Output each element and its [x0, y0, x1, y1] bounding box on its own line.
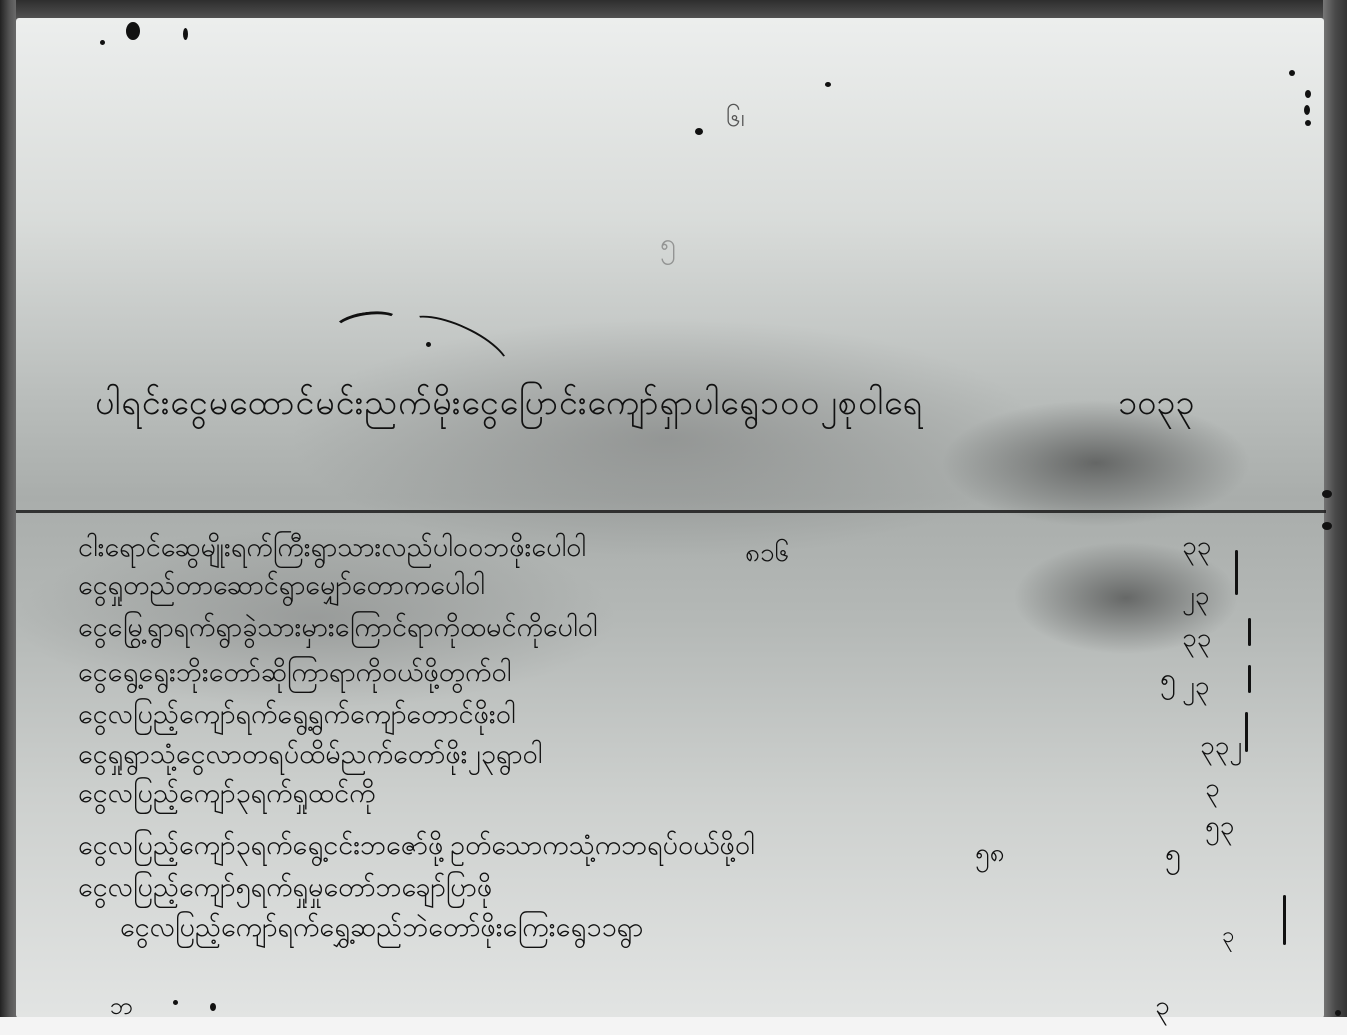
right-margin-value: ၃	[1222, 920, 1234, 953]
ink-speck	[695, 128, 703, 135]
right-margin-value: ၃၃	[1182, 528, 1211, 567]
ink-speck	[126, 22, 140, 40]
margin-mark: ၅	[1160, 660, 1176, 702]
manuscript-sheet	[16, 18, 1324, 1018]
entry-mid-value: ၅၈	[975, 835, 1004, 874]
right-margin-value: ၂၃	[1182, 578, 1209, 617]
entry-line: ငွေရွေ့ရွေးဘိုးတော်ဆိုကြာရာကိုဝယ်ဖို့တွက…	[78, 655, 511, 695]
ink-speck	[1305, 90, 1311, 98]
tick-mark	[1283, 895, 1286, 945]
tick-mark	[1248, 665, 1251, 693]
bottom-left-mark: ဘ	[110, 990, 133, 1026]
photo-border-top	[0, 0, 1347, 20]
ink-speck	[1322, 490, 1332, 498]
photo-border-bottom	[0, 1017, 1347, 1035]
tick-mark	[1235, 550, 1238, 595]
ink-speck	[825, 82, 831, 87]
faint-mid-mark: ၅	[660, 225, 676, 267]
fold-crease	[16, 510, 1326, 513]
entry-line: ငွေလပြည့်ကျော်၅ရက်ရှုမှုတော်ဘချော်ပြာဖို	[78, 870, 492, 910]
margin-mark: ၅	[1165, 835, 1181, 877]
ink-speck	[100, 40, 105, 45]
ink-speck	[1335, 1010, 1341, 1016]
ink-speck	[1305, 120, 1311, 126]
ink-speck	[210, 1003, 216, 1011]
ink-speck	[1322, 522, 1332, 530]
title-number: ၁၀၃၃	[1118, 380, 1195, 431]
title-line: ပါရင်းငွေမထောင်မင်းညက်မိုးငွေပြောင်းကျော…	[95, 380, 923, 431]
ink-speck	[1304, 105, 1310, 115]
right-margin-value: ၃၃	[1182, 620, 1211, 659]
bottom-right-mark: ၃	[1155, 988, 1170, 1027]
entry-line: ငွေလပြည့်ကျော်၃ရက်ရွေ့ငင်းဘဇော်ဖို့ဥတ်သေ…	[78, 828, 755, 868]
tick-mark	[1245, 712, 1248, 752]
tick-mark	[1248, 618, 1251, 646]
right-margin-value: ၅၃	[1205, 808, 1234, 847]
entry-line: ငါးရောင်ဆွေမျိုးရက်ကြီးရွာသားလည်ပါ၀၀ဘဖို…	[78, 530, 586, 570]
entry-line: ငွေရှုရွာသုံ့ငွေလာတရပ်ထိမ်ညက်တော်ဖိုး၂၃ရ…	[78, 737, 542, 777]
right-margin-value: ၂၃	[1182, 668, 1209, 707]
photo-border-left	[0, 0, 16, 1035]
ink-speck	[173, 1000, 178, 1005]
entry-mid-value: ၈၁၆	[745, 535, 789, 574]
faint-top-mark: ၆၊	[726, 100, 745, 139]
ink-speck	[426, 342, 431, 347]
entry-line: ငွေလပြည့်ကျော်၃ရက်ရှုထင်ကို	[78, 776, 376, 816]
entry-line: ငွေရှုတည်တာဆောင်ရွာမျှော်တောကပေါဝါ	[78, 568, 485, 608]
entry-line: ငွေမြွေ့ရွာရက်ရွာခွဲသားမှားကြောင်ရာကိုထမ…	[78, 610, 597, 650]
photo-border-right	[1323, 0, 1347, 1035]
ink-speck	[183, 28, 188, 40]
ink-speck	[1289, 70, 1295, 76]
entry-line: ငွေလပြည့်ကျော်ရက်ရွေ့ရွက်ကျော်တောင်ဖိုးဝ…	[78, 697, 516, 737]
right-margin-value: ၃	[1205, 770, 1220, 809]
right-margin-value: ၃၃၂	[1200, 728, 1242, 767]
entry-line: ငွေလပြည့်ကျော်ရက်ရွှေ့ဆည်ဘဲတော်ဖိုးကြေးရ…	[120, 910, 643, 950]
